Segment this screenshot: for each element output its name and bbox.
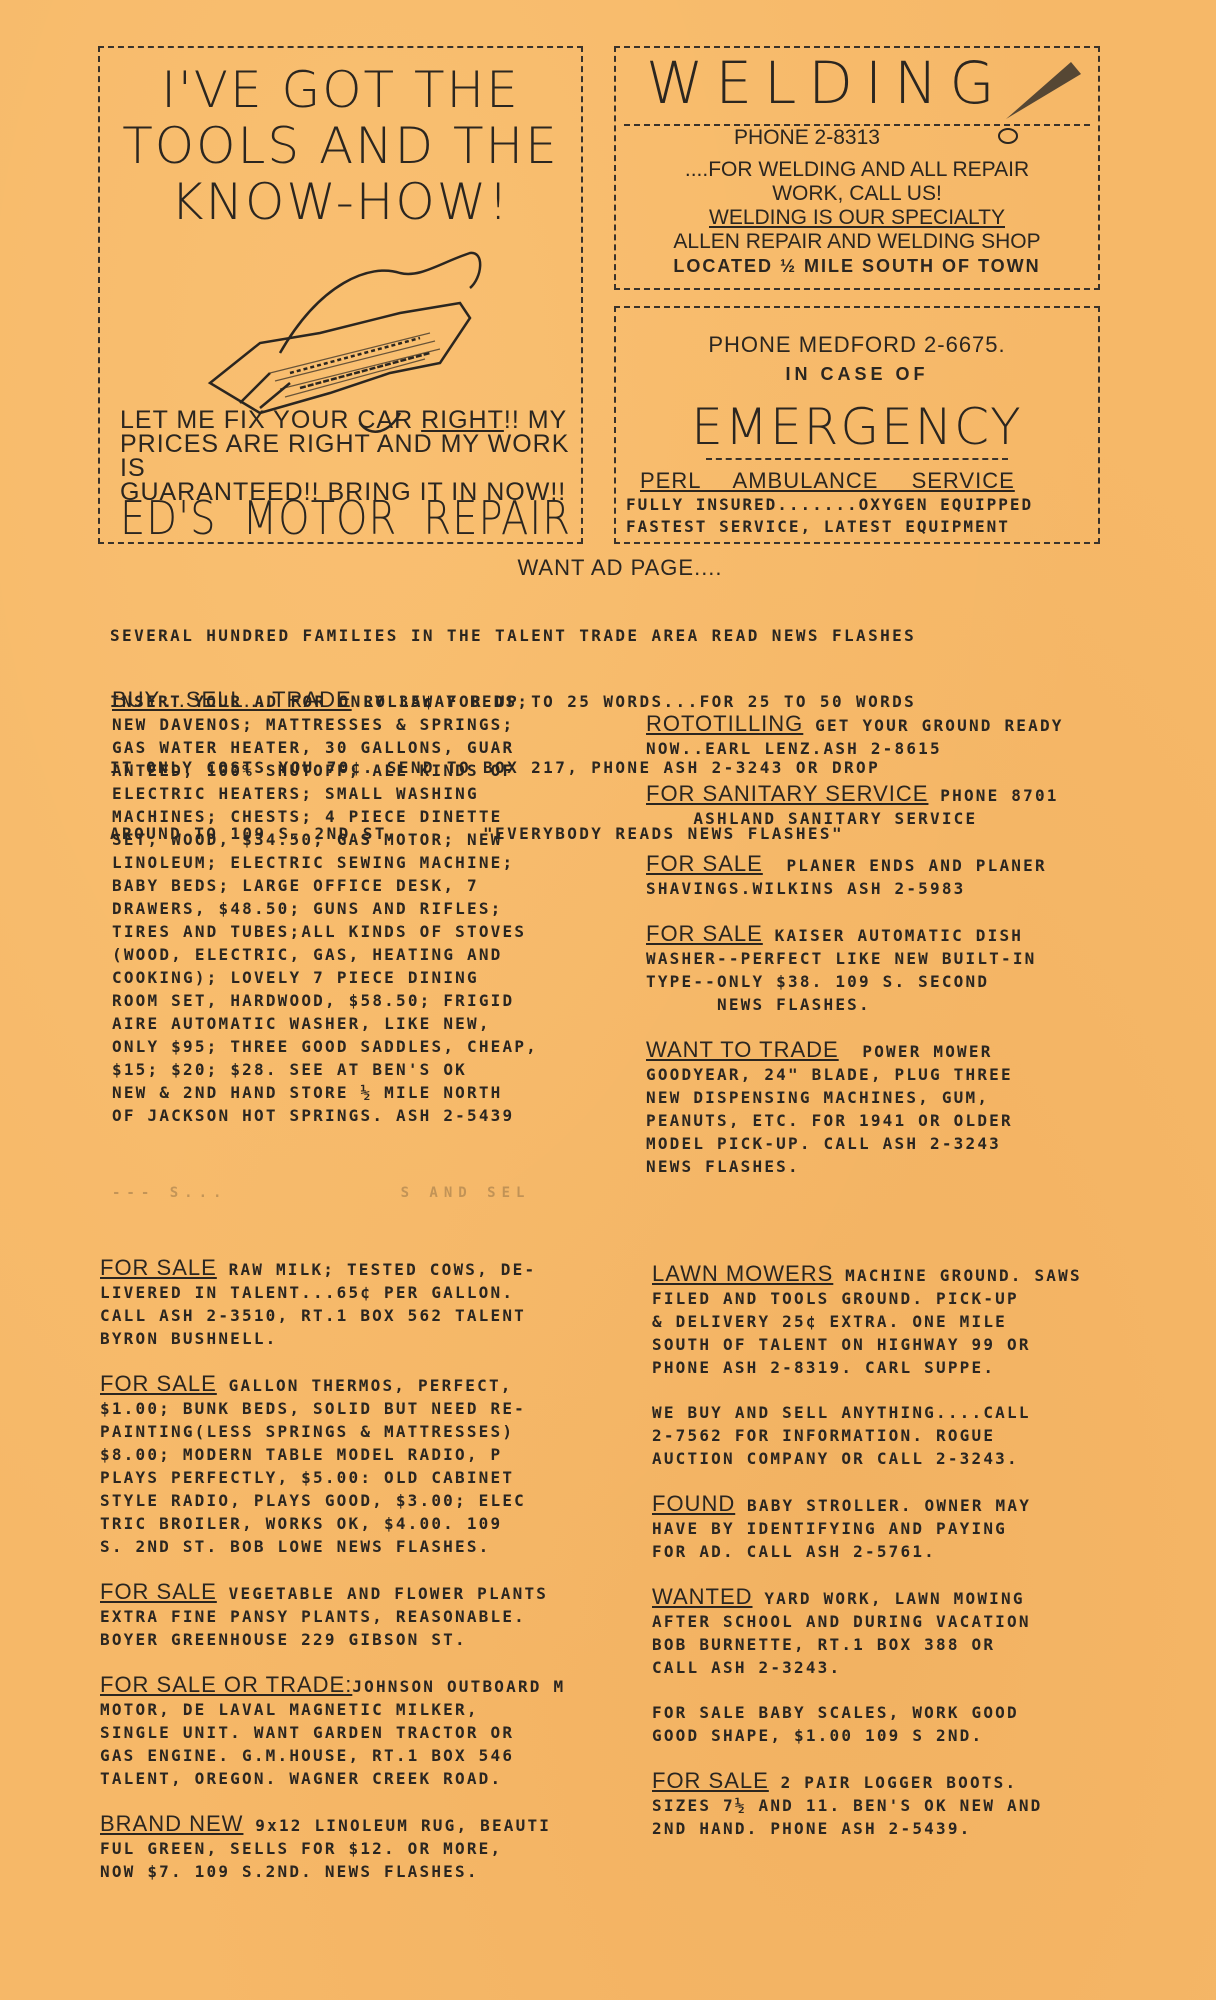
ad-line: BABY BEDS; LARGE OFFICE DESK, 7 [112, 874, 632, 897]
ad-line: BOB BURNETTE, RT.1 BOX 388 OR [652, 1633, 1132, 1656]
eds-motor-repair-ad: I'VE GOT THE TOOLS AND THE KNOW-HOW! LET… [98, 46, 583, 544]
ad-text: HAVE BY IDENTIFYING AND PAYING [652, 1519, 1007, 1538]
welding-ad: WELDING PHONE 2-8313 ....FOR WELDING AND… [614, 46, 1100, 290]
ad-line: NEW & 2ND HAND STORE ½ MILE NORTH [112, 1081, 632, 1104]
ad-line: TYPE--ONLY $38. 109 S. SECOND [646, 970, 1126, 993]
ads-column-left-top: BUY....SELL....TRADE ROLLAWAY BEDS;NEW D… [112, 688, 632, 1149]
ad-line: CALL ASH 2-3243. [652, 1656, 1132, 1679]
ad-text: BOB BURNETTE, RT.1 BOX 388 OR [652, 1635, 995, 1654]
ad-line: $15; $20; $28. SEE AT BEN'S OK [112, 1058, 632, 1081]
want-ad-title: WANT AD PAGE.... [140, 555, 1100, 581]
ad-text: BABY BEDS; LARGE OFFICE DESK, 7 [112, 876, 479, 895]
ad-line: FOR SALE PLANER ENDS AND PLANER [646, 852, 1126, 877]
ad-line: S. 2ND ST. BOB LOWE NEWS FLASHES. [100, 1535, 640, 1558]
ad-text: RAW MILK; TESTED COWS, DE- [217, 1260, 537, 1279]
ad-text: GOODYEAR, 24" BLADE, PLUG THREE [646, 1065, 1013, 1084]
ad-line: BUY....SELL....TRADE ROLLAWAY BEDS; [112, 688, 632, 713]
ad-heading: FOR SANITARY SERVICE [646, 781, 928, 806]
ad-line: GAS ENGINE. G.M.HOUSE, RT.1 BOX 546 [100, 1744, 640, 1767]
ad-text: JOHNSON OUTBOARD M [352, 1677, 565, 1696]
ad-text: SHAVINGS.WILKINS ASH 2-5983 [646, 879, 966, 898]
ad-line: ROOM SET, HARDWOOD, $58.50; FRIGID [112, 989, 632, 1012]
classified-ad: BUY....SELL....TRADE ROLLAWAY BEDS;NEW D… [112, 688, 632, 1127]
ad-line: MODEL PICK-UP. CALL ASH 2-3243 [646, 1132, 1126, 1155]
ads-column-right-bottom: LAWN MOWERS MACHINE GROUND. SAWSFILED AN… [652, 1262, 1132, 1862]
ad-heading: FOR SALE [646, 921, 763, 946]
ad-line: TIRES AND TUBES;ALL KINDS OF STOVES [112, 920, 632, 943]
ad-line: FOR SALE RAW MILK; TESTED COWS, DE- [100, 1256, 640, 1281]
ad-text: & DELIVERY 25¢ EXTRA. ONE MILE [652, 1312, 1007, 1331]
classified-ad: FOR SALE GALLON THERMOS, PERFECT,$1.00; … [100, 1372, 640, 1558]
ad-line: ASHLAND SANITARY SERVICE [646, 807, 1126, 830]
ad-text: TRIC BROILER, WORKS OK, $4.00. 109 [100, 1514, 502, 1533]
ad-text: TYPE--ONLY $38. 109 S. SECOND [646, 972, 989, 991]
emergency-title: EMERGENCY [616, 398, 1098, 456]
ad-line: NEWS FLASHES. [646, 1155, 1126, 1178]
ad-line: WANT TO TRADE POWER MOWER [646, 1038, 1126, 1063]
ad-line: AUCTION COMPANY OR CALL 2-3243. [652, 1447, 1132, 1470]
classified-ad: FOR SALE PLANER ENDS AND PLANERSHAVINGS.… [646, 852, 1126, 900]
classified-ad: FOR SALE OR TRADE:JOHNSON OUTBOARD MMOTO… [100, 1673, 640, 1790]
ad-line: FOR SALE GALLON THERMOS, PERFECT, [100, 1372, 640, 1397]
ambulance-fine-print: FULLY INSURED.......OXYGEN EQUIPPED FAST… [626, 494, 1092, 538]
ad-line: FOR SANITARY SERVICE PHONE 8701 [646, 782, 1126, 807]
ad-line: BOYER GREENHOUSE 229 GIBSON ST. [100, 1628, 640, 1651]
ad-line: FOR SALE BABY SCALES, WORK GOOD [652, 1701, 1132, 1724]
ad-text: ANTEED, 100% SHUTOFF; ALL KINDS OF [112, 761, 514, 780]
ad-line: GOOD SHAPE, $1.00 109 S 2ND. [652, 1724, 1132, 1747]
ad-line: MOTOR, DE LAVAL MAGNETIC MILKER, [100, 1698, 640, 1721]
ad-text: (WOOD, ELECTRIC, GAS, HEATING AND [112, 945, 502, 964]
ad-heading: WANT TO TRADE [646, 1037, 839, 1062]
welding-body: PHONE 2-8313 ....FOR WELDING AND ALL REP… [616, 126, 1098, 278]
ad-heading: FOR SALE [100, 1255, 217, 1280]
ad-text: AIRE AUTOMATIC WASHER, LIKE NEW, [112, 1014, 491, 1033]
classified-ad: WANTED YARD WORK, LAWN MOWINGAFTER SCHOO… [652, 1585, 1132, 1679]
ad-text: MOTOR, DE LAVAL MAGNETIC MILKER, [100, 1700, 479, 1719]
ad-text: 2 PAIR LOGGER BOOTS. [769, 1773, 1018, 1792]
ad-text: NEW & 2ND HAND STORE ½ MILE NORTH [112, 1083, 502, 1102]
ad-text: PEANUTS, ETC. FOR 1941 OR OLDER [646, 1111, 1013, 1130]
ad-line: WANTED YARD WORK, LAWN MOWING [652, 1585, 1132, 1610]
ad-text: $8.00; MODERN TABLE MODEL RADIO, P [100, 1445, 502, 1464]
ad-line: GAS WATER HEATER, 30 GALLONS, GUAR [112, 736, 632, 759]
ad-line: ELECTRIC HEATERS; SMALL WASHING [112, 782, 632, 805]
ad-line: EXTRA FINE PANSY PLANTS, REASONABLE. [100, 1605, 640, 1628]
ad-line: CALL ASH 2-3510, RT.1 BOX 562 TALENT [100, 1304, 640, 1327]
classified-ad: FOR SANITARY SERVICE PHONE 8701 ASHLAND … [646, 782, 1126, 830]
ad-text: ASHLAND SANITARY SERVICE [646, 809, 977, 828]
ad-line: 2-7562 FOR INFORMATION. ROGUE [652, 1424, 1132, 1447]
ad-line: BRAND NEW 9x12 LINOLEUM RUG, BEAUTI [100, 1812, 640, 1837]
ad-line: DRAWERS, $48.50; GUNS AND RIFLES; [112, 897, 632, 920]
ad-text: YARD WORK, LAWN MOWING [753, 1589, 1025, 1608]
ad-line: WASHER--PERFECT LIKE NEW BUILT-IN [646, 947, 1126, 970]
ad-line: NEW DISPENSING MACHINES, GUM, [646, 1086, 1126, 1109]
ad-text: WASHER--PERFECT LIKE NEW BUILT-IN [646, 949, 1036, 968]
ad-line: FILED AND TOOLS GROUND. PICK-UP [652, 1287, 1132, 1310]
ad-text: 2-7562 FOR INFORMATION. ROGUE [652, 1426, 995, 1445]
ad-text: GALLON THERMOS, PERFECT, [217, 1376, 513, 1395]
classified-ad: WANT TO TRADE POWER MOWERGOODYEAR, 24" B… [646, 1038, 1126, 1178]
ad-line: HAVE BY IDENTIFYING AND PAYING [652, 1517, 1132, 1540]
classified-ad: BRAND NEW 9x12 LINOLEUM RUG, BEAUTIFUL G… [100, 1812, 640, 1883]
ambulance-ad: PHONE MEDFORD 2-6675. IN CASE OF EMERGEN… [614, 306, 1100, 544]
ad-heading: FOR SALE [100, 1371, 217, 1396]
ad-line: FOR AD. CALL ASH 2-5761. [652, 1540, 1132, 1563]
ads-column-right-top: ROTOTILLING GET YOUR GROUND READYNOW..EA… [646, 712, 1126, 1200]
ad-text: 2ND HAND. PHONE ASH 2-5439. [652, 1819, 972, 1838]
ad-text: ONLY $95; THREE GOOD SADDLES, CHEAP, [112, 1037, 538, 1056]
ad-text: TIRES AND TUBES;ALL KINDS OF STOVES [112, 922, 526, 941]
eds-headline: I'VE GOT THE TOOLS AND THE KNOW-HOW! [100, 62, 581, 230]
ad-text: MODEL PICK-UP. CALL ASH 2-3243 [646, 1134, 1001, 1153]
ad-text: GOOD SHAPE, $1.00 109 S 2ND. [652, 1726, 983, 1745]
ad-text: LIVERED IN TALENT...65¢ PER GALLON. [100, 1283, 514, 1302]
ad-text: GAS ENGINE. G.M.HOUSE, RT.1 BOX 546 [100, 1746, 514, 1765]
ad-text: PAINTING(LESS SPRINGS & MATTRESSES) [100, 1422, 514, 1441]
ad-line: NEW DAVENOS; MATTRESSES & SPRINGS; [112, 713, 632, 736]
ad-text: SOUTH OF TALENT ON HIGHWAY 99 OR [652, 1335, 1031, 1354]
ad-text: PHONE ASH 2-8319. CARL SUPPE. [652, 1358, 995, 1377]
ad-line: NOW..EARL LENZ.ASH 2-8615 [646, 737, 1126, 760]
ad-text: NEW DISPENSING MACHINES, GUM, [646, 1088, 989, 1107]
ad-heading: FOR SALE OR TRADE: [100, 1672, 352, 1697]
ad-line: $1.00; BUNK BEDS, SOLID BUT NEED RE- [100, 1397, 640, 1420]
ad-text: BABY STROLLER. OWNER MAY [735, 1496, 1031, 1515]
classified-ad: FOR SALE BABY SCALES, WORK GOODGOOD SHAP… [652, 1701, 1132, 1747]
ad-line: COOKING); LOVELY 7 PIECE DINING [112, 966, 632, 989]
ad-heading: BRAND NEW [100, 1811, 243, 1836]
ad-text: PHONE 8701 [928, 786, 1058, 805]
ad-text: FOR SALE BABY SCALES, WORK GOOD [652, 1703, 1019, 1722]
ad-heading: FOUND [652, 1491, 735, 1516]
ad-text: TALENT, OREGON. WAGNER CREEK ROAD. [100, 1769, 502, 1788]
ad-line: SOUTH OF TALENT ON HIGHWAY 99 OR [652, 1333, 1132, 1356]
ad-text: ELECTRIC HEATERS; SMALL WASHING [112, 784, 479, 803]
ad-line: AFTER SCHOOL AND DURING VACATION [652, 1610, 1132, 1633]
classified-ad: WE BUY AND SELL ANYTHING....CALL2-7562 F… [652, 1401, 1132, 1470]
ad-text: GET YOUR GROUND READY [803, 716, 1063, 735]
ad-line: SIZES 7½ AND 11. BEN'S OK NEW AND [652, 1794, 1132, 1817]
ad-text: NEWS FLASHES. [646, 1157, 800, 1176]
ad-text: KAISER AUTOMATIC DISH [763, 926, 1023, 945]
ad-line: SINGLE UNIT. WANT GARDEN TRACTOR OR [100, 1721, 640, 1744]
ad-text: MACHINES; CHESTS; 4 PIECE DINETTE [112, 807, 502, 826]
ad-text: SET, WOOD, $34.50; GAS MOTOR; NEW [112, 830, 502, 849]
ad-heading: LAWN MOWERS [652, 1261, 833, 1286]
ad-text: CALL ASH 2-3243. [652, 1658, 841, 1677]
ads-column-left-bottom: FOR SALE RAW MILK; TESTED COWS, DE-LIVER… [100, 1256, 640, 1905]
ad-line: ONLY $95; THREE GOOD SADDLES, CHEAP, [112, 1035, 632, 1058]
ad-text: CALL ASH 2-3510, RT.1 BOX 562 TALENT [100, 1306, 526, 1325]
ad-text: AUCTION COMPANY OR CALL 2-3243. [652, 1449, 1019, 1468]
ad-line: FOUND BABY STROLLER. OWNER MAY [652, 1492, 1132, 1517]
ad-text: LINOLEUM; ELECTRIC SEWING MACHINE; [112, 853, 514, 872]
ad-text: FOR AD. CALL ASH 2-5761. [652, 1542, 936, 1561]
ad-line: TRIC BROILER, WORKS OK, $4.00. 109 [100, 1512, 640, 1535]
ad-text: PLAYS PERFECTLY, $5.00: OLD CABINET [100, 1468, 514, 1487]
classified-ad: FOR SALE KAISER AUTOMATIC DISHWASHER--PE… [646, 922, 1126, 1016]
ad-line: SHAVINGS.WILKINS ASH 2-5983 [646, 877, 1126, 900]
ad-line: FUL GREEN, SELLS FOR $12. OR MORE, [100, 1837, 640, 1860]
ad-text: COOKING); LOVELY 7 PIECE DINING [112, 968, 479, 987]
ad-text: NOW $7. 109 S.2ND. NEWS FLASHES. [100, 1862, 479, 1881]
ad-text: SIZES 7½ AND 11. BEN'S OK NEW AND [652, 1796, 1042, 1815]
ad-line: ANTEED, 100% SHUTOFF; ALL KINDS OF [112, 759, 632, 782]
ad-heading: FOR SALE [100, 1579, 217, 1604]
classified-ad: FOR SALE RAW MILK; TESTED COWS, DE-LIVER… [100, 1256, 640, 1350]
ad-line: FOR SALE VEGETABLE AND FLOWER PLANTS [100, 1580, 640, 1605]
ad-text: STYLE RADIO, PLAYS GOOD, $3.00; ELEC [100, 1491, 526, 1510]
ad-heading: BUY....SELL....TRADE [112, 687, 352, 712]
ad-text: NEW DAVENOS; MATTRESSES & SPRINGS; [112, 715, 514, 734]
ad-text: AFTER SCHOOL AND DURING VACATION [652, 1612, 1031, 1631]
ad-text: WE BUY AND SELL ANYTHING....CALL [652, 1403, 1031, 1422]
ad-text: GAS WATER HEATER, 30 GALLONS, GUAR [112, 738, 514, 757]
ad-text: MACHINE GROUND. SAWS [833, 1266, 1082, 1285]
faded-text: --- S... S AND SEL [112, 1182, 530, 1205]
ad-text: BYRON BUSHNELL. [100, 1329, 278, 1348]
ad-text: PLANER ENDS AND PLANER [763, 856, 1047, 875]
ad-heading: FOR SALE [652, 1768, 769, 1793]
ad-heading: ROTOTILLING [646, 711, 803, 736]
ad-line: FOR SALE 2 PAIR LOGGER BOOTS. [652, 1769, 1132, 1794]
ad-line: GOODYEAR, 24" BLADE, PLUG THREE [646, 1063, 1126, 1086]
ad-line: (WOOD, ELECTRIC, GAS, HEATING AND [112, 943, 632, 966]
ad-text: 9x12 LINOLEUM RUG, BEAUTI [243, 1816, 551, 1835]
ad-line: PAINTING(LESS SPRINGS & MATTRESSES) [100, 1420, 640, 1443]
ad-text: $1.00; BUNK BEDS, SOLID BUT NEED RE- [100, 1399, 526, 1418]
classified-ad: FOUND BABY STROLLER. OWNER MAYHAVE BY ID… [652, 1492, 1132, 1563]
ad-text: ROLLAWAY BEDS; [352, 692, 530, 711]
ad-heading: WANTED [652, 1584, 753, 1609]
newspaper-page: I'VE GOT THE TOOLS AND THE KNOW-HOW! LET… [0, 0, 1216, 2000]
ad-line: NOW $7. 109 S.2ND. NEWS FLASHES. [100, 1860, 640, 1883]
eds-pitch: LET ME FIX YOUR CAR RIGHT!! MY PRICES AR… [120, 408, 571, 504]
ad-text: DRAWERS, $48.50; GUNS AND RIFLES; [112, 899, 502, 918]
ad-text: VEGETABLE AND FLOWER PLANTS [217, 1584, 548, 1603]
classified-ad: LAWN MOWERS MACHINE GROUND. SAWSFILED AN… [652, 1262, 1132, 1379]
ad-text: S. 2ND ST. BOB LOWE NEWS FLASHES. [100, 1537, 490, 1556]
ad-text: SINGLE UNIT. WANT GARDEN TRACTOR OR [100, 1723, 514, 1742]
ad-line: $8.00; MODERN TABLE MODEL RADIO, P [100, 1443, 640, 1466]
ad-line: OF JACKSON HOT SPRINGS. ASH 2-5439 [112, 1104, 632, 1127]
emergency-rule [706, 458, 1008, 460]
ad-line: LINOLEUM; ELECTRIC SEWING MACHINE; [112, 851, 632, 874]
ad-line: LIVERED IN TALENT...65¢ PER GALLON. [100, 1281, 640, 1304]
welding-title: WELDING [646, 52, 1006, 114]
ad-line: WE BUY AND SELL ANYTHING....CALL [652, 1401, 1132, 1424]
ad-line: MACHINES; CHESTS; 4 PIECE DINETTE [112, 805, 632, 828]
ad-text: $15; $20; $28. SEE AT BEN'S OK [112, 1060, 467, 1079]
ad-line: PEANUTS, ETC. FOR 1941 OR OLDER [646, 1109, 1126, 1132]
classified-ad: ROTOTILLING GET YOUR GROUND READYNOW..EA… [646, 712, 1126, 760]
classified-ad: FOR SALE VEGETABLE AND FLOWER PLANTSEXTR… [100, 1580, 640, 1651]
ad-line: NEWS FLASHES. [646, 993, 1126, 1016]
ad-line: FOR SALE OR TRADE:JOHNSON OUTBOARD M [100, 1673, 640, 1698]
ad-text: EXTRA FINE PANSY PLANTS, REASONABLE. [100, 1607, 526, 1626]
ad-text: FILED AND TOOLS GROUND. PICK-UP [652, 1289, 1019, 1308]
classified-ad: FOR SALE 2 PAIR LOGGER BOOTS.SIZES 7½ AN… [652, 1769, 1132, 1840]
ad-line: ROTOTILLING GET YOUR GROUND READY [646, 712, 1126, 737]
ad-line: 2ND HAND. PHONE ASH 2-5439. [652, 1817, 1132, 1840]
ad-line: AIRE AUTOMATIC WASHER, LIKE NEW, [112, 1012, 632, 1035]
ad-text: POWER MOWER [839, 1042, 993, 1061]
ad-text: BOYER GREENHOUSE 229 GIBSON ST. [100, 1630, 467, 1649]
ad-heading: FOR SALE [646, 851, 763, 876]
ad-text: ROOM SET, HARDWOOD, $58.50; FRIGID [112, 991, 514, 1010]
ad-text: FUL GREEN, SELLS FOR $12. OR MORE, [100, 1839, 502, 1858]
ad-line: STYLE RADIO, PLAYS GOOD, $3.00; ELEC [100, 1489, 640, 1512]
ad-text: OF JACKSON HOT SPRINGS. ASH 2-5439 [112, 1106, 514, 1125]
ad-line: PLAYS PERFECTLY, $5.00: OLD CABINET [100, 1466, 640, 1489]
ad-text: NOW..EARL LENZ.ASH 2-8615 [646, 739, 942, 758]
ad-line: FOR SALE KAISER AUTOMATIC DISH [646, 922, 1126, 947]
ad-text: NEWS FLASHES. [646, 995, 871, 1014]
ad-line: & DELIVERY 25¢ EXTRA. ONE MILE [652, 1310, 1132, 1333]
ad-line: PHONE ASH 2-8319. CARL SUPPE. [652, 1356, 1132, 1379]
ad-line: BYRON BUSHNELL. [100, 1327, 640, 1350]
eds-brand: ED'S MOTOR REPAIR [120, 493, 571, 546]
ad-line: LAWN MOWERS MACHINE GROUND. SAWS [652, 1262, 1132, 1287]
ad-line: SET, WOOD, $34.50; GAS MOTOR; NEW [112, 828, 632, 851]
ad-line: TALENT, OREGON. WAGNER CREEK ROAD. [100, 1767, 640, 1790]
